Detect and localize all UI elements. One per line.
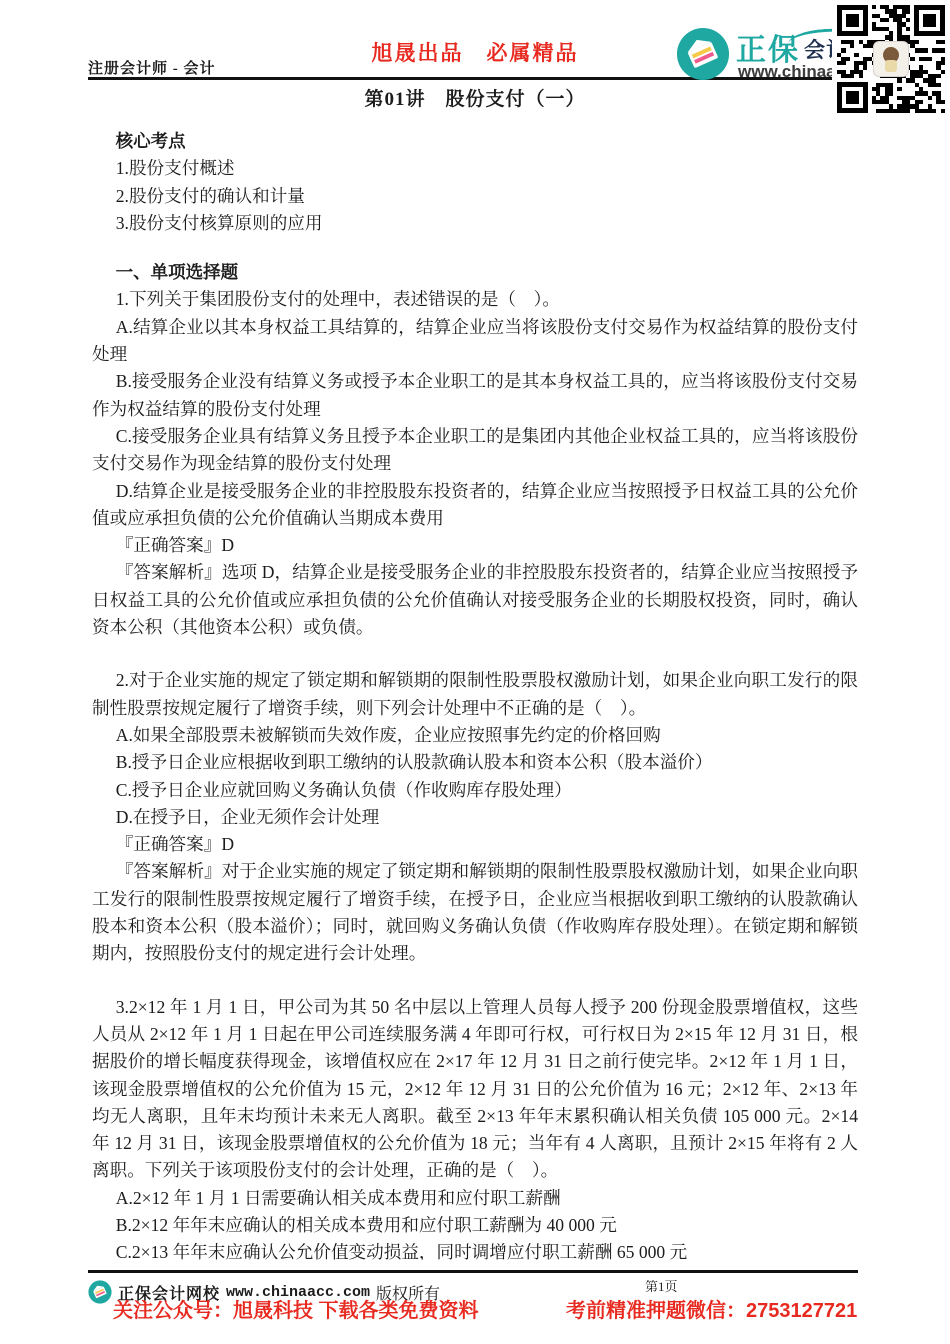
core-point-item: 3.股份支付核算原则的应用: [92, 210, 858, 237]
section-heading: 一、单项选择题: [92, 259, 858, 286]
question-option-c: C.授予日企业应就回购义务确认负债（作收购库存股处理）: [92, 777, 858, 804]
answer-analysis: 『答案解析』对于企业实施的规定了锁定期和解锁期的限制性股票股权激励计划，如果企业…: [92, 858, 858, 967]
question-1: 1.下列关于集团股份支付的处理中，表述错误的是（ ）。 A.结算企业以其本身权益…: [92, 286, 858, 641]
chinaacc-book-logo-icon: [676, 27, 730, 81]
qr-finder-icon: [837, 82, 868, 113]
answer-label: 『正确答案』D: [92, 532, 858, 559]
question-option-d: D.在授予日，企业无须作会计处理: [92, 804, 858, 831]
qr-finder-icon: [837, 5, 868, 36]
question-option-b: B.接受服务企业没有结算义务或授予本企业职工的是其本身权益工具的，应当将该股份支…: [92, 368, 858, 423]
question-option-b: B.2×12 年年末应确认的相关成本费用和应付职工薪酬为 40 000 元: [92, 1212, 858, 1239]
core-point-item: 1.股份支付概述: [92, 155, 858, 182]
footer-divider: [88, 1270, 858, 1273]
answer-analysis: 『答案解析』选项 D，结算企业是接受服务企业的非控股股东投资者的，结算企业应当按…: [92, 559, 858, 641]
question-option-b: B.授予日企业应根据收到职工缴纳的认股款确认股本和资本公积（股本溢价）: [92, 749, 858, 776]
question-stem: 1.下列关于集团股份支付的处理中，表述错误的是（ ）。: [92, 286, 858, 313]
core-points-heading: 核心考点: [92, 128, 858, 155]
question-3: 3.2×12 年 1 月 1 日，甲公司为其 50 名中层以上管理人员每人授予 …: [92, 994, 858, 1294]
question-option-d: D.结算企业是接受服务企业的非控股股东投资者的，结算企业应当按照授予日权益工具的…: [92, 478, 858, 533]
question-option-a: A.如果全部股票未被解锁而失效作废，企业应按照事先约定的价格回购: [92, 722, 858, 749]
page-number: 第1页: [645, 1276, 678, 1295]
chinaacc-book-logo-icon-small: [88, 1280, 112, 1304]
answer-label: 『正确答案』D: [92, 831, 858, 858]
contact-qr-code: [832, 0, 950, 118]
core-point-item: 2.股份支付的确认和计量: [92, 183, 858, 210]
question-option-a: A.结算企业以其本身权益工具结算的，结算企业应当将该股份支付交易作为权益结算的股…: [92, 314, 858, 369]
question-2: 2.对于企业实施的规定了锁定期和解锁期的限制性股票股权激励计划，如果企业向职工发…: [92, 667, 858, 967]
question-stem: 3.2×12 年 1 月 1 日，甲公司为其 50 名中层以上管理人员每人授予 …: [92, 994, 858, 1185]
footer-promo-right: 考前精准押题微信：2753127721: [566, 1294, 857, 1323]
question-stem: 2.对于企业实施的规定了锁定期和解锁期的限制性股票股权激励计划，如果企业向职工发…: [92, 667, 858, 722]
document-body: 核心考点 1.股份支付概述 2.股份支付的确认和计量 3.股份支付核算原则的应用…: [92, 128, 858, 1294]
qr-finder-icon: [914, 5, 945, 36]
footer-promo-left: 关注公众号：旭晟科技 下载各类免费资料: [113, 1294, 479, 1323]
avatar-body-icon: [885, 60, 897, 72]
question-option-a: A.2×12 年 1 月 1 日需要确认相关成本费用和应付职工薪酬: [92, 1185, 858, 1212]
brand-logo: 正保 会计网 www.chinaacc.: [676, 21, 836, 107]
question-option-c: C.接受服务企业具有结算义务且授予本企业职工的是集团内其他企业权益工具的，应当将…: [92, 423, 858, 478]
qr-person-avatar: [873, 41, 909, 77]
document-page: 注册会计师 - 会计 旭晟出品 必属精品 正保 会计网 www.chinaacc…: [0, 0, 950, 1344]
